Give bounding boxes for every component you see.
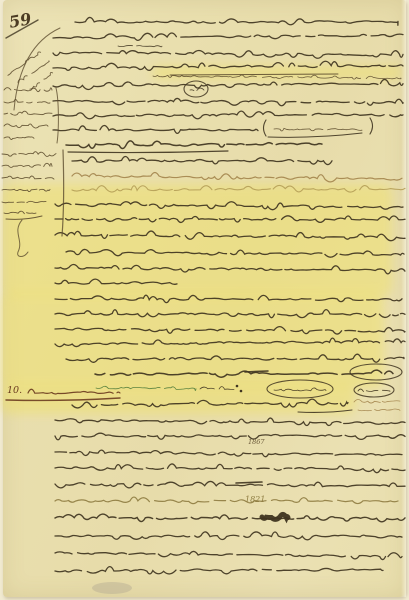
margin-note-line bbox=[2, 189, 50, 191]
interlinear-note bbox=[274, 128, 362, 131]
margin-note-line bbox=[4, 137, 34, 140]
handwriting-line bbox=[55, 497, 398, 504]
margin-note-line bbox=[2, 201, 46, 202]
handwriting-line bbox=[55, 231, 405, 241]
handwriting-line bbox=[55, 532, 402, 540]
margin-note-line bbox=[4, 99, 50, 103]
handwriting-line bbox=[55, 551, 402, 559]
margin-note-line bbox=[29, 72, 54, 91]
handwriting-line bbox=[72, 399, 348, 408]
handwriting-line bbox=[55, 433, 405, 440]
strikethrough-mark bbox=[236, 482, 262, 483]
handwriting-ink-layer bbox=[0, 0, 409, 600]
interlinear-note bbox=[358, 389, 390, 392]
margin-stroke bbox=[14, 28, 60, 110]
handwriting-line bbox=[53, 125, 258, 133]
underline-mark bbox=[6, 216, 42, 219]
underline-mark bbox=[6, 398, 120, 400]
handwriting-line bbox=[53, 79, 403, 89]
ink-dot bbox=[236, 385, 239, 388]
section-marker: 10. bbox=[7, 385, 22, 396]
underline-mark bbox=[268, 133, 362, 137]
handwriting-line bbox=[53, 98, 403, 105]
handwriting-line bbox=[55, 264, 405, 273]
margin-stroke bbox=[62, 150, 64, 236]
handwriting-line bbox=[53, 61, 403, 70]
margin-note-line bbox=[4, 111, 52, 115]
margin-note-line bbox=[7, 51, 41, 76]
ink-blot bbox=[262, 514, 288, 519]
interlinear-note bbox=[153, 75, 401, 79]
margin-note-line bbox=[4, 124, 48, 128]
handwriting-line bbox=[72, 173, 402, 182]
handwriting-line bbox=[53, 50, 403, 58]
circled-annotation bbox=[350, 364, 402, 380]
pencil-smudge bbox=[92, 582, 132, 594]
inline-year: 1821 bbox=[245, 495, 265, 504]
handwriting-line bbox=[55, 514, 405, 522]
margin-note-line bbox=[2, 176, 54, 179]
handwriting-line bbox=[95, 370, 393, 377]
interlinear-note bbox=[354, 399, 400, 403]
handwriting-line bbox=[53, 33, 403, 40]
interlinear-note bbox=[200, 387, 234, 390]
handwriting-line bbox=[55, 481, 405, 487]
margin-note-line bbox=[4, 88, 52, 92]
handwriting-line bbox=[55, 567, 383, 574]
handwriting-line bbox=[72, 185, 405, 192]
handwriting-line bbox=[55, 310, 405, 318]
handwriting-line bbox=[75, 17, 398, 25]
margin-note-line bbox=[2, 152, 56, 157]
handwriting-line bbox=[28, 389, 120, 394]
handwriting-line bbox=[55, 327, 405, 334]
handwriting-line bbox=[55, 464, 405, 473]
handwriting-line bbox=[55, 450, 402, 457]
underline-mark bbox=[68, 151, 228, 153]
handwriting-line bbox=[55, 202, 403, 210]
interlinear-note bbox=[274, 388, 326, 391]
handwriting-line bbox=[55, 279, 177, 284]
circled-annotation bbox=[354, 383, 394, 397]
handwriting-line bbox=[66, 354, 404, 362]
interlinear-note bbox=[118, 45, 162, 46]
parenthesis-mark bbox=[264, 120, 267, 136]
circled-annotation bbox=[267, 380, 333, 398]
interlinear-note bbox=[96, 386, 196, 390]
handwriting-line bbox=[66, 249, 404, 257]
margin-note-line bbox=[2, 163, 52, 167]
handwriting-line bbox=[55, 216, 405, 223]
scanned-manuscript: 59 10. 1867 1821 bbox=[0, 0, 409, 600]
margin-note-line bbox=[4, 211, 36, 213]
handwriting-line bbox=[55, 295, 402, 302]
margin-stroke bbox=[18, 220, 28, 257]
circled-annotation bbox=[184, 81, 208, 97]
underline-mark bbox=[298, 410, 352, 412]
parenthesis-mark bbox=[370, 118, 373, 134]
interlinear-note bbox=[358, 409, 400, 411]
superscript-year: 1867 bbox=[248, 438, 265, 446]
strikethrough-mark bbox=[170, 74, 338, 75]
handwriting-line bbox=[72, 157, 332, 165]
handwriting-line bbox=[66, 141, 322, 149]
handwriting-line bbox=[55, 418, 405, 425]
handwriting-line bbox=[53, 111, 403, 119]
ink-dot bbox=[240, 390, 243, 393]
strikethrough-mark bbox=[245, 371, 268, 372]
handwriting-line bbox=[55, 338, 405, 347]
page-number: 59 bbox=[8, 9, 33, 32]
